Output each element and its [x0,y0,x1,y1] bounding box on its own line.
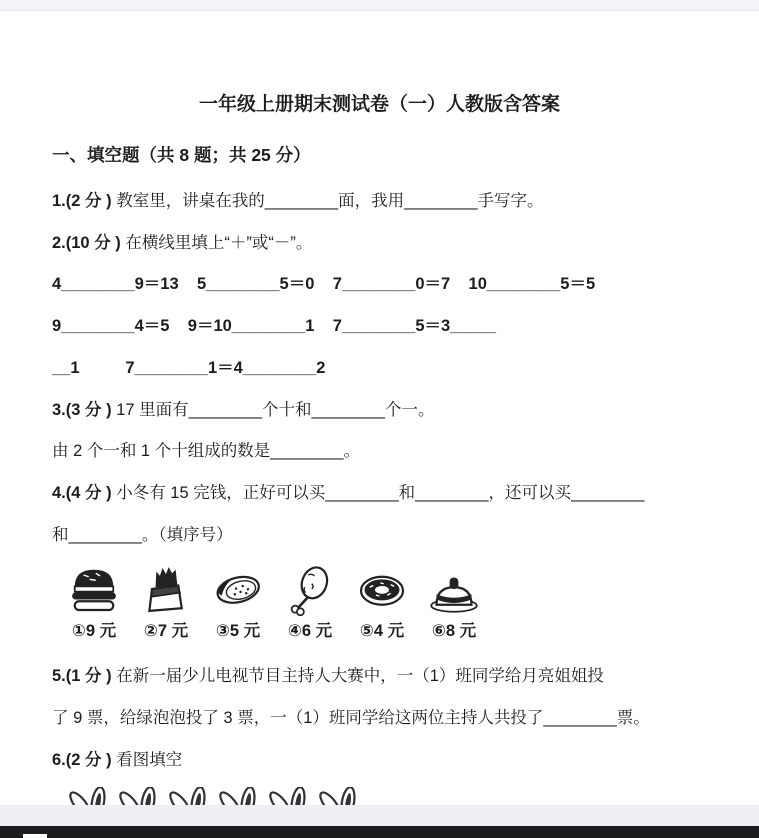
rabbit-ears-icon [268,787,312,805]
cake-icon [426,560,482,618]
question-number: 4.(4 分 ) [52,484,112,502]
food-price-label: ⑥8 元 [422,618,486,644]
fries-icon [138,560,194,618]
question-text: 看图填空 [112,751,183,769]
food-item: ②7 元 [134,560,198,644]
taskbar-item[interactable] [23,834,47,838]
section-heading: 一、填空题（共 8 题；共 25 分） [52,139,707,171]
question-number: 5.(1 分 ) [52,667,112,685]
question-text: 由 2 个一和 1 个十组成的数是________。 [52,442,360,460]
question-number: 3.(3 分 ) [52,401,112,419]
screenshot-root: { "document": { "title": "一年级上册期末测试卷（一）人… [0,0,759,838]
food-item: ①9 元 [62,560,126,644]
question-5-continued: 了 9 票，给绿泡泡投了 3 票，一（1）班同学给这两位主持人共投了______… [52,698,707,740]
food-price-label: ②7 元 [134,618,198,644]
donut-icon [354,560,410,618]
question-text: 了 9 票，给绿泡泡投了 3 票，一（1）班同学给这两位主持人共投了______… [52,709,650,727]
food-item: ⑥8 元 [422,560,486,644]
food-price-label: ⑤4 元 [350,618,414,644]
question-4-continued: 和________。（填序号） [52,515,707,557]
question-text: 小冬有 15 完钱，正好可以买________和________，还可以买___… [112,484,645,502]
top-strip [0,0,759,11]
rabbit-ears-icon [318,787,362,805]
equation-row-1: 4________9＝13 5________5＝0 7________0＝7 … [52,264,707,306]
question-text: 在新一届少儿电视节目主持人大赛中，一（1）班同学给月亮姐姐投 [112,667,604,685]
hotdog-icon [210,560,266,618]
question-text: 教室里，讲桌在我的________面，我用________手写字。 [112,192,544,210]
food-price-label: ④6 元 [278,618,342,644]
food-price-label: ①9 元 [62,618,126,644]
question-number: 6.(2 分 ) [52,751,112,769]
question-number: 1.(2 分 ) [52,192,112,210]
question-text: 和________。（填序号） [52,526,233,544]
food-price-illustration: ①9 元 ②7 元 ③5 元 [62,560,707,644]
equation-text: 4________9＝13 5________5＝0 7________0＝7 … [52,275,595,293]
taskbar [0,826,759,838]
question-2: 2.(10 分 ) 在横线里填上“＋”或“－”。 [52,223,707,265]
food-item: ③5 元 [206,560,270,644]
food-item: ⑤4 元 [350,560,414,644]
document-page: 一年级上册期末测试卷（一）人教版含答案 一、填空题（共 8 题；共 25 分） … [0,11,759,826]
question-text: 17 里面有________个十和________个一。 [112,401,435,419]
question-text: 在横线里填上“＋”或“－”。 [121,234,313,252]
question-5: 5.(1 分 ) 在新一届少儿电视节目主持人大赛中，一（1）班同学给月亮姐姐投 [52,656,707,698]
question-3: 3.(3 分 ) 17 里面有________个十和________个一。 [52,390,707,432]
food-item: ④6 元 [278,560,342,644]
equation-text: 9________4＝5 9＝10________1 7________5＝3_… [52,317,496,335]
hamburger-icon [66,560,122,618]
question-6: 6.(2 分 ) 看图填空 [52,740,707,782]
equation-row-2: 9________4＝5 9＝10________1 7________5＝3_… [52,306,707,348]
drumstick-icon [282,560,338,618]
rabbit-ears-icon [118,787,162,805]
rabbit-ears-illustration [68,787,707,805]
question-number: 2.(10 分 ) [52,234,121,252]
rabbit-ears-icon [168,787,212,805]
question-3-continued: 由 2 个一和 1 个十组成的数是________。 [52,431,707,473]
equation-text: __1 7________1＝4________2 [52,359,325,377]
food-price-label: ③5 元 [206,618,270,644]
rabbit-ears-icon [218,787,262,805]
question-4: 4.(4 分 ) 小冬有 15 完钱，正好可以买________和_______… [52,473,707,515]
rabbit-ears-icon [68,787,112,805]
document-title: 一年级上册期末测试卷（一）人教版含答案 [52,89,707,121]
bottom-strip [0,805,759,826]
question-1: 1.(2 分 ) 教室里，讲桌在我的________面，我用________手写… [52,181,707,223]
equation-row-3: __1 7________1＝4________2 [52,348,707,390]
